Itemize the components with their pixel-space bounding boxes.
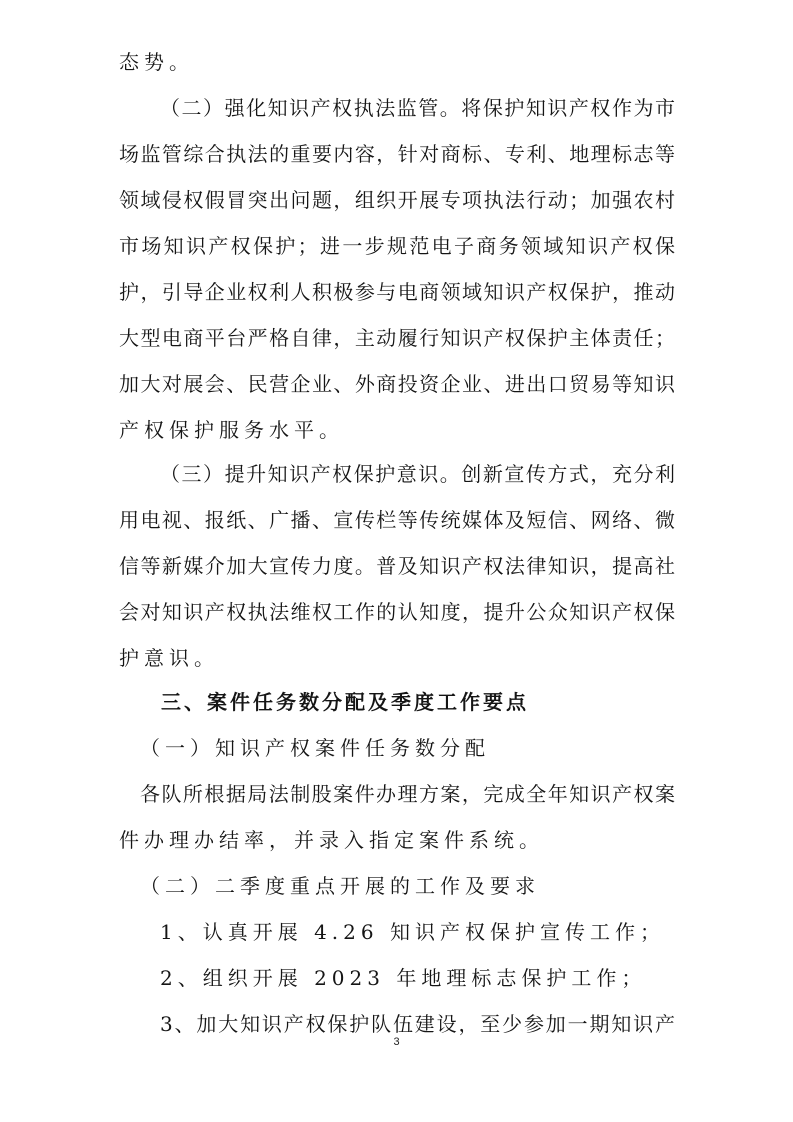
list-item: 3、加大知识产权保护队伍建设，至少参加一期知识产 xyxy=(160,1012,675,1036)
paragraph-line: 加大对展会、民营企业、外商投资企业、进出口贸易等知识 xyxy=(119,372,675,396)
document-page: 态势。 （二）强化知识产权执法监管。将保护知识产权作为市 场监管综合执法的重要内… xyxy=(0,0,793,1122)
paragraph-line: 产权保护服务水平。 xyxy=(119,418,344,442)
page-number: 3 xyxy=(0,1036,793,1048)
paragraph-continuation: 态势。 xyxy=(119,50,194,74)
paragraph-line: 市场知识产权保护；进一步规范电子商务领域知识产权保 xyxy=(119,234,675,258)
paragraph-line: 信等新媒介加大宣传力度。普及知识产权法律知识，提高社 xyxy=(119,554,675,578)
subsection-title: （一）知识产权案件任务数分配 xyxy=(140,736,490,760)
paragraph-line: 领域侵权假冒突出问题，组织开展专项执法行动；加强农村 xyxy=(119,188,675,212)
paragraph-line: 用电视、报纸、广播、宣传栏等传统媒体及短信、网络、微 xyxy=(119,508,675,532)
section-2-first-line: （二）强化知识产权执法监管。将保护知识产权作为市 xyxy=(160,96,675,120)
paragraph-line: 大型电商平台严格自律，主动履行知识产权保护主体责任； xyxy=(119,326,675,350)
subsection-title: （二）二季度重点开展的工作及要求 xyxy=(140,874,540,898)
list-item: 1、认真开展 4.26 知识产权保护宣传工作； xyxy=(160,920,665,944)
paragraph-line: 护意识。 xyxy=(119,646,219,670)
paragraph-line: 各队所根据局法制股案件办理方案，完成全年知识产权案 xyxy=(140,782,675,806)
paragraph-line: 场监管综合执法的重要内容，针对商标、专利、地理标志等 xyxy=(119,142,675,166)
paragraph-line: 会对知识产权执法维权工作的认知度，提升公众知识产权保 xyxy=(119,600,675,624)
section-heading: 三、案件任务数分配及季度工作要点 xyxy=(161,690,529,714)
section-3-first-line: （三）提升知识产权保护意识。创新宣传方式，充分利 xyxy=(160,462,675,486)
paragraph-line: 护，引导企业权利人积极参与电商领域知识产权保护，推动 xyxy=(119,280,675,304)
list-item: 2、组织开展 2023 年地理标志保护工作； xyxy=(160,966,646,990)
paragraph-line: 件办理办结率，并录入指定案件系统。 xyxy=(119,828,544,852)
